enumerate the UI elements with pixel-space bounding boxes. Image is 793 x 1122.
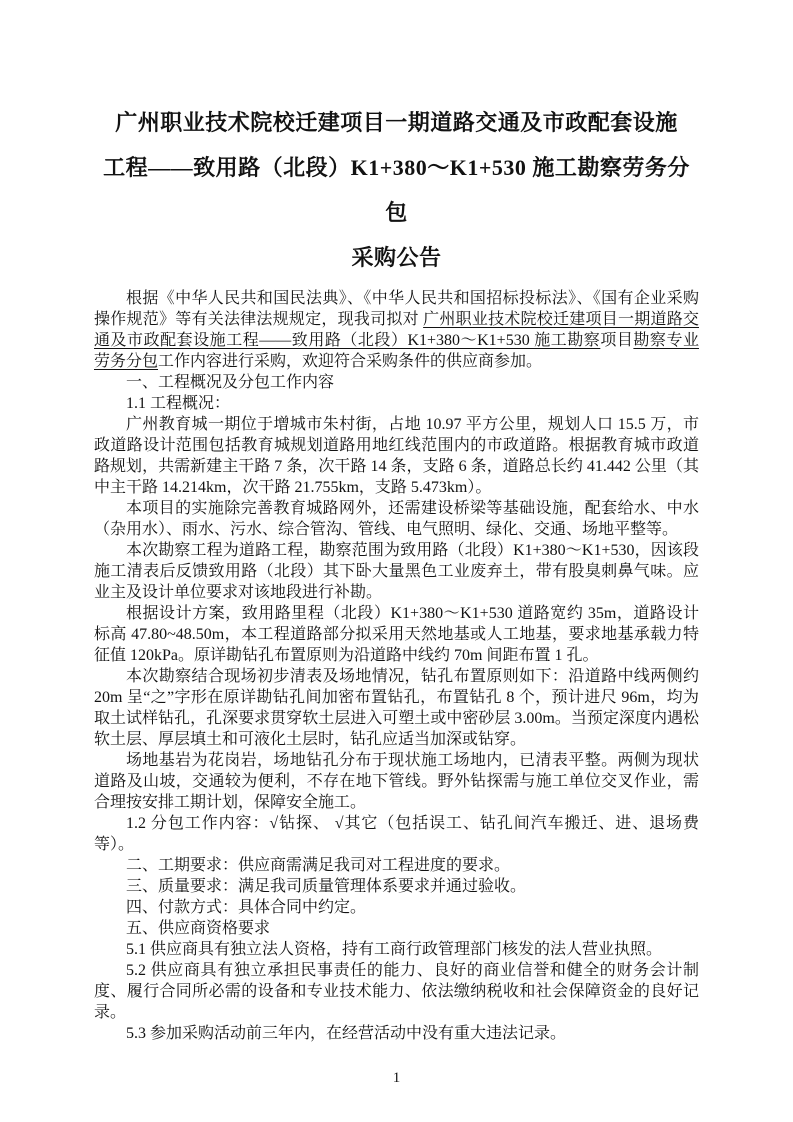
document-page: 广州职业技术院校迁建项目一期道路交通及市政配套设施 工程——致用路（北段）K1+…: [0, 0, 793, 1122]
intro-text-mid: 项目: [600, 332, 633, 349]
clause-5-1: 5.1 供应商具有独立法人资格，持有工商行政管理部门核发的法人营业执照。: [94, 939, 699, 960]
section-1-heading: 一、工程概况及分包工作内容: [94, 372, 699, 393]
clause-1-2-subcontract-content: 1.2 分包工作内容：√钻探、 √其它（包括误工、钻孔间汽车搬迁、进、退场费等）…: [94, 813, 699, 855]
title-line-3: 采购公告: [94, 235, 699, 280]
clause-5-2: 5.2 供应商具有独立承担民事责任的能力、良好的商业信誉和健全的财务会计制度、履…: [94, 960, 699, 1023]
clause-1-1-heading: 1.1 工程概况：: [94, 393, 699, 414]
intro-text-post: 工作内容进行采购，欢迎符合采购条件的供应商参加。: [158, 353, 542, 370]
paragraph-borehole-layout: 本次勘察结合现场初步清表及场地情况，钻孔布置原则如下：沿道路中线两侧约 20m …: [94, 666, 699, 750]
section-3-quality-requirement: 三、质量要求：满足我司质量管理体系要求并通过验收。: [94, 876, 699, 897]
document-title: 广州职业技术院校迁建项目一期道路交通及市政配套设施 工程——致用路（北段）K1+…: [94, 100, 699, 280]
intro-paragraph: 根据《中华人民共和国民法典》、《中华人民共和国招标投标法》、《国有企业采购操作规…: [94, 288, 699, 372]
paragraph-survey-scope: 本次勘察工程为道路工程，勘察范围为致用路（北段）K1+380～K1+530，因该…: [94, 540, 699, 603]
title-line-2: 工程——致用路（北段）K1+380～K1+530 施工勘察劳务分包: [94, 145, 699, 235]
page-number: 1: [94, 1069, 699, 1087]
paragraph-project-facilities: 本项目的实施除完善教育城路网外，还需建设桥梁等基础设施，配套给水、中水（杂用水）…: [94, 498, 699, 540]
section-2-schedule-requirement: 二、工期要求：供应商需满足我司对工程进度的要求。: [94, 855, 699, 876]
paragraph-site-conditions: 场地基岩为花岗岩，场地钻孔分布于现状施工场地内，已清表平整。两侧为现状道路及山坡…: [94, 750, 699, 813]
paragraph-design-scheme: 根据设计方案，致用路里程（北段）K1+380～K1+530 道路宽约 35m，道…: [94, 603, 699, 666]
section-5-supplier-qualification-heading: 五、供应商资格要求: [94, 918, 699, 939]
title-line-1: 广州职业技术院校迁建项目一期道路交通及市政配套设施: [94, 100, 699, 145]
clause-5-3: 5.3 参加采购活动前三年内，在经营活动中没有重大违法记录。: [94, 1023, 699, 1044]
section-4-payment-method: 四、付款方式：具体合同中约定。: [94, 897, 699, 918]
paragraph-project-overview: 广州教育城一期位于增城市朱村街，占地 10.97 平方公里，规划人口 15.5 …: [94, 414, 699, 498]
